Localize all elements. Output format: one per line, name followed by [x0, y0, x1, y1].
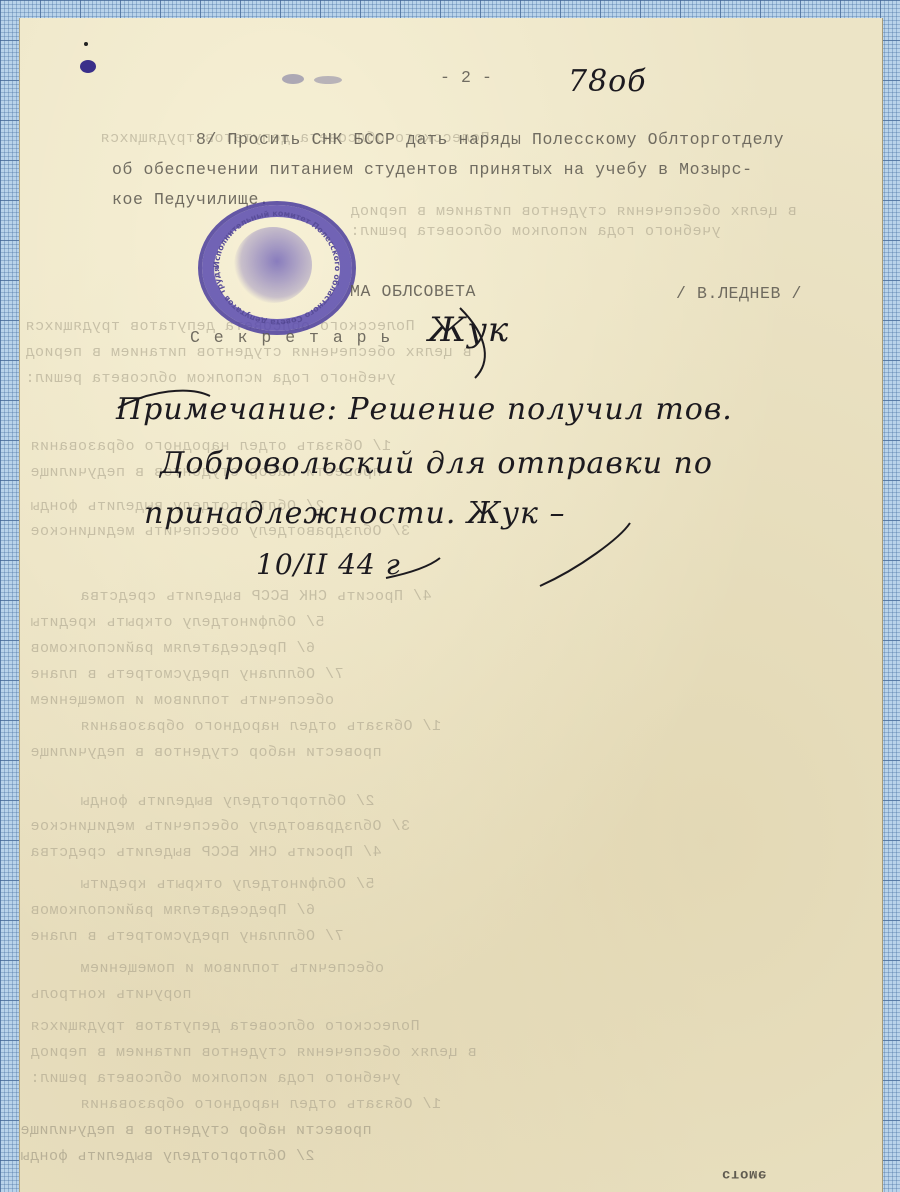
secretary-signature: Жук: [428, 310, 509, 350]
ink-blot: [80, 60, 96, 73]
bleed-through-line: 1/ Обязать отдел народного образования: [80, 718, 441, 735]
bleed-through-line: 2/ Облторготделу выделить фонды: [80, 793, 375, 810]
bleed-through-line: обеспечить топливом и помещением: [30, 692, 334, 709]
svg-text:Исполнительный комитет Полесск: Исполнительный комитет Полесского област…: [202, 205, 342, 327]
bleed-through-line: учебного года исполком облсовета решил:: [25, 370, 396, 387]
handwritten-note-line-2: Добровольский для отправки по: [160, 446, 713, 481]
bleed-through-line: 4/ Просить СНК БССР выделить средства: [80, 588, 432, 605]
official-seal-stamp: Исполнительный комитет Полесского област…: [198, 201, 356, 335]
smudge-mark: [282, 74, 304, 84]
page-number: - 2 -: [440, 68, 493, 87]
bleed-through-line: учебного года исполком облсовета решил:: [30, 1070, 401, 1087]
handwritten-note-line-1: Примечание: Решение получил тов.: [116, 392, 733, 427]
bleed-through-line: 6/ Председателям райисполкомов: [30, 902, 315, 919]
bleed-through-fragment: стоме: [722, 1166, 767, 1182]
bleed-through-line: в целях обеспечения студентов питанием в…: [30, 1044, 477, 1061]
bleed-through-line: провести набор студентов в педучилище: [30, 744, 382, 761]
bleed-through-line: Полесского облсовета депутатов трудящихс…: [30, 1018, 420, 1035]
bleed-through-line: 7/ Облплану предусмотреть в плане: [30, 666, 344, 683]
bleed-through-line: поручить контроль: [30, 986, 192, 1003]
bleed-through-line: 5/ Облфинотделу открыть кредиты: [80, 876, 375, 893]
bleed-through-line: в целях обеспечения студентов питанием в…: [350, 203, 797, 220]
archival-document-page: - 2 - 78об Полесского облсовета депутато…: [20, 18, 882, 1192]
chairman-title: МА ОБЛСОВЕТА: [350, 282, 476, 301]
resolution-item-8-line-1: 8/ Просить СНК БССР дать наряды Полесско…: [196, 130, 784, 149]
bleed-through-line: 1/ Обязать отдел народного образования: [80, 1096, 441, 1113]
bleed-through-line: 7/ Облплану предусмотреть в плане: [30, 928, 344, 945]
bleed-through-line: 4/ Просить СНК БССР выделить средства: [30, 844, 382, 861]
ink-speck: [84, 42, 88, 46]
handwritten-date: 10/II 44 г: [256, 548, 401, 581]
bleed-through-line: учебного года исполком облсовета решил:: [350, 223, 721, 240]
bleed-through-line: 2/ Облторготделу выделить фонды: [20, 1148, 315, 1165]
stamp-ring-text: Исполнительный комитет Полесского област…: [202, 205, 352, 331]
bleed-through-line: 6/ Председателям райисполкомов: [30, 640, 315, 657]
bleed-through-line: 3/ Облздравотделу обеспечить медицинское: [30, 818, 410, 835]
chairman-name: / В.ЛЕДНЕВ /: [676, 284, 802, 303]
bleed-through-line: провести набор студентов в педучилище: [20, 1122, 372, 1139]
smudge-mark: [314, 76, 342, 84]
bleed-through-line: 5/ Облфинотделу открыть кредиты: [30, 614, 325, 631]
archive-folio-number: 78об: [568, 64, 647, 99]
handwritten-note-line-3: принадлежности. Жук –: [144, 496, 566, 531]
resolution-item-8-line-2: об обеспечении питанием студентов принят…: [112, 160, 753, 179]
bleed-through-line: обеспечить топливом и помещением: [80, 960, 384, 977]
secretary-title: С е к р е т а р ь: [190, 328, 392, 347]
